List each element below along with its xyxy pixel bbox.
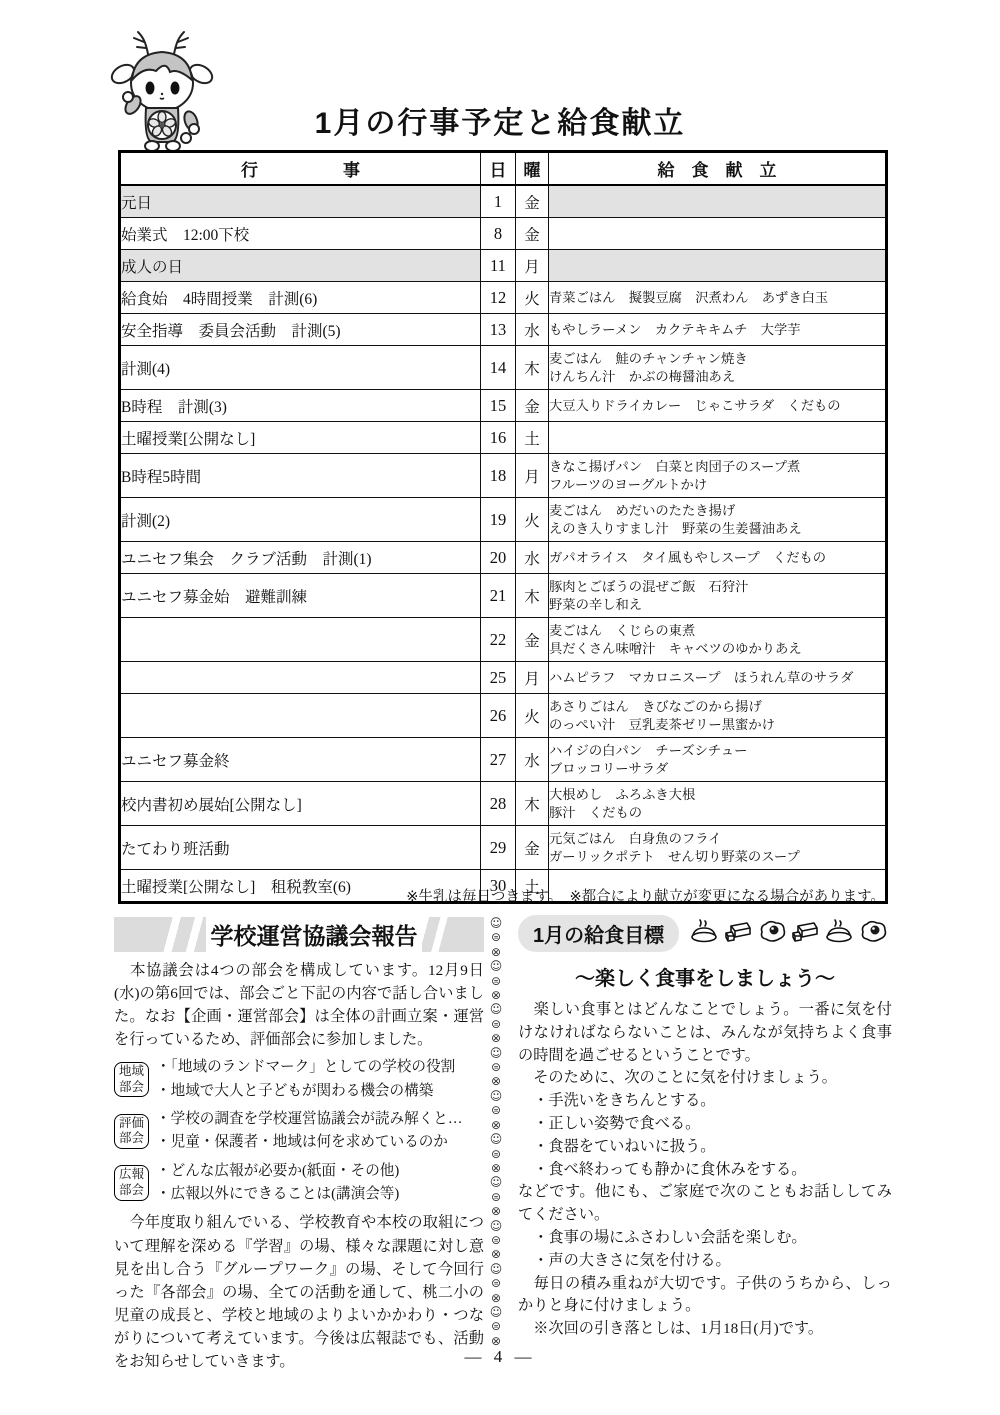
menu-line: 具だくさん味噌汁 キャベツのゆかりあえ [549,640,885,657]
list-item: ・「地域のランドマーク」としての学校の役割 [156,1056,484,1079]
cell-menu: あさりごはん きびなごのから揚げのっぺい汁 豆乳麦茶ゼリー黒蜜かけ [549,694,887,738]
emoticon-divider: ☺ ⊜ ⊗ ☺ ⊜ ⊗ ☺ ⊜ ⊗ ☺ ⊜ ⊗ ☺ ⊜ ⊗ ☺ ⊜ ⊗ ☺ ⊜ … [487,916,505,1348]
menu-line: 麦ごはん 鮭のチャンチャン焼き [549,350,885,367]
cell-weekday: 金 [516,218,549,250]
cell-day: 16 [481,422,516,454]
cell-menu: もやしラーメン カクテキキムチ 大学芋 [549,314,887,346]
cell-event: ユニセフ集会 クラブ活動 計測(1) [120,542,481,574]
goal-text-line: 毎日の積み重ねが大切です。子供のうちから、しっかりと身に付けましょう。 [518,1273,892,1319]
cell-menu: 豚肉とごぼうの混ぜご飯 石狩汁野菜の辛し和え [549,574,887,618]
group-label-line: 部会 [119,1131,144,1147]
goal-text-line: ・声の大きさに気を付ける。 [518,1250,892,1273]
butter-icon [790,918,820,950]
cell-weekday: 火 [516,498,549,542]
menu-line: きなこ揚げパン 白菜と肉団子のスープ煮 [549,458,885,475]
council-group-label: 地域部会 [114,1062,149,1097]
food-icons-row [685,918,892,950]
menu-line: 青菜ごはん 擬製豆腐 沢煮わん あずき白玉 [549,289,885,306]
cell-weekday: 月 [516,454,549,498]
cell-day: 13 [481,314,516,346]
table-row: 25月ハムピラフ マカロニスープ ほうれん草のサラダ [120,662,887,694]
cell-weekday: 火 [516,694,549,738]
cell-day: 1 [481,185,516,218]
table-row: 22金麦ごはん くじらの東煮具だくさん味噌汁 キャベツのゆかりあえ [120,618,887,662]
table-row: 給食始 4時間授業 計測(6)12火青菜ごはん 擬製豆腐 沢煮わん あずき白玉 [120,282,887,314]
council-group-items: ・学校の調査を学校運営協議会が読み解くと…・児童・保護者・地域は何を求めているの… [156,1108,484,1155]
list-item: ・広報以外にできることは(講演会等) [156,1183,484,1206]
group-label-line: 部会 [119,1183,144,1199]
cell-menu: 大豆入りドライカレー じゃこサラダ くだもの [549,390,887,422]
table-row: 計測(2)19火麦ごはん めだいのたたき揚げえのき入りすまし汁 野菜の生姜醤油あ… [120,498,887,542]
cell-weekday: 月 [516,250,549,282]
goal-text-line: 楽しい食事とはどんなことでしょう。一番に気を付けなければならないことは、みんなが… [518,999,892,1067]
cell-day: 28 [481,782,516,826]
council-group-label: 広報部会 [114,1165,149,1200]
cell-weekday: 金 [516,826,549,870]
newsletter-page: 1月の行事予定と給食献立 行 事 日 曜 給 食 献 立 元日1金始業式 12:… [0,0,1000,1415]
goal-text-line: そのために、次のことに気を付けましょう。 [518,1067,892,1090]
cell-weekday: 金 [516,390,549,422]
cell-weekday: 金 [516,618,549,662]
cell-event: 元日 [120,185,481,218]
goal-text-line: ・食べ終わっても静かに食休みをする。 [518,1159,892,1182]
cell-event: ユニセフ募金終 [120,738,481,782]
cell-event: 給食始 4時間授業 計測(6) [120,282,481,314]
table-row: たてわり班活動29金元気ごはん 白身魚のフライガーリックポテト せん切り野菜のス… [120,826,887,870]
menu-line: 麦ごはん くじらの東煮 [549,622,885,639]
cell-event: B時程5時間 [120,454,481,498]
menu-line: 大豆入りドライカレー じゃこサラダ くだもの [549,397,885,414]
goal-text-line: ※次回の引き落としは、1月18日(月)です。 [518,1318,892,1341]
menu-line: 豚汁 くだもの [549,804,885,821]
page-title: 1月の行事予定と給食献立 [0,98,1000,142]
lunch-goal-badge: 1月の給食目標 [518,915,679,952]
cell-menu [549,185,887,218]
menu-line: ブロッコリーサラダ [549,760,885,777]
lunch-goal-heading-row: 1月の給食目標 [518,915,892,952]
cell-menu [549,422,887,454]
cell-weekday: 木 [516,346,549,390]
list-item: ・地域で大人と子どもが関わる機会の構築 [156,1080,484,1103]
table-row: ユニセフ募金終27水ハイジの白パン チーズシチューブロッコリーサラダ [120,738,887,782]
cell-weekday: 金 [516,185,549,218]
butter-icon [723,918,753,950]
cell-event: B時程 計測(3) [120,390,481,422]
table-row: ユニセフ募金始 避難訓練21木豚肉とごぼうの混ぜご飯 石狩汁野菜の辛し和え [120,574,887,618]
menu-line: 大根めし ふろふき大根 [549,786,885,803]
cell-day: 18 [481,454,516,498]
menu-line: もやしラーメン カクテキキムチ 大学芋 [549,321,885,338]
table-row: 成人の日11月 [120,250,887,282]
fried-egg-icon [757,918,787,950]
table-row: 土曜授業[公開なし]16土 [120,422,887,454]
cell-menu: 青菜ごはん 擬製豆腐 沢煮わん あずき白玉 [549,282,887,314]
table-row: B時程 計測(3)15金大豆入りドライカレー じゃこサラダ くだもの [120,390,887,422]
council-group-items: ・「地域のランドマーク」としての学校の役割・地域で大人と子どもが関わる機会の構築 [156,1056,484,1103]
header-weekday: 曜 [516,152,549,186]
table-row: 26火あさりごはん きびなごのから揚げのっぺい汁 豆乳麦茶ゼリー黒蜜かけ [120,694,887,738]
schedule-table: 行 事 日 曜 給 食 献 立 元日1金始業式 12:00下校8金成人の日11月… [118,150,888,904]
cell-menu: 元気ごはん 白身魚のフライガーリックポテト せん切り野菜のスープ [549,826,887,870]
steaming-dish-icon [689,918,719,950]
group-label-line: 評価 [119,1116,144,1132]
cell-weekday: 木 [516,574,549,618]
council-group-items: ・どんな広報が必要か(紙面・その他)・広報以外にできることは(講演会等) [156,1160,484,1207]
cell-event: 計測(2) [120,498,481,542]
cell-event: 校内書初め展始[公開なし] [120,782,481,826]
menu-line: のっぺい汁 豆乳麦茶ゼリー黒蜜かけ [549,716,885,733]
menu-line: 麦ごはん めだいのたたき揚げ [549,502,885,519]
stripe-decoration-right [422,917,484,952]
council-group-row: 地域部会・「地域のランドマーク」としての学校の役割・地域で大人と子どもが関わる機… [114,1056,484,1103]
cell-weekday: 火 [516,282,549,314]
council-paragraph-1: 本協議会は4つの部会を構成しています。12月9日(水)の第6回では、部会ごと下記… [114,959,484,1051]
council-group-label: 評価部会 [114,1114,149,1149]
council-groups: 地域部会・「地域のランドマーク」としての学校の役割・地域で大人と子どもが関わる機… [114,1056,484,1206]
cell-menu: ハムピラフ マカロニスープ ほうれん草のサラダ [549,662,887,694]
cell-menu: 麦ごはん くじらの東煮具だくさん味噌汁 キャベツのゆかりあえ [549,618,887,662]
cell-event: 安全指導 委員会活動 計測(5) [120,314,481,346]
cell-weekday: 月 [516,662,549,694]
cell-menu: ハイジの白パン チーズシチューブロッコリーサラダ [549,738,887,782]
council-group-row: 評価部会・学校の調査を学校運営協議会が読み解くと…・児童・保護者・地域は何を求め… [114,1108,484,1155]
cell-event: 始業式 12:00下校 [120,218,481,250]
menu-line: ガパオライス タイ風もやしスープ くだもの [549,549,885,566]
goal-text-line: ・食器をていねいに扱う。 [518,1136,892,1159]
steaming-dish-icon [824,918,854,950]
milk-note: ※牛乳は毎日つきます。 ※都合により献立が変更になる場合があります。 [118,885,885,906]
menu-line: ハムピラフ マカロニスープ ほうれん草のサラダ [549,669,885,686]
table-row: 元日1金 [120,185,887,218]
menu-line: 元気ごはん 白身魚のフライ [549,830,885,847]
table-row: 計測(4)14木麦ごはん 鮭のチャンチャン焼きけんちん汁 かぶの梅醤油あえ [120,346,887,390]
cell-day: 12 [481,282,516,314]
council-report-heading: 学校運営協議会報告 [114,917,484,952]
list-item: ・児童・保護者・地域は何を求めているのか [156,1131,484,1154]
cell-weekday: 土 [516,422,549,454]
list-item: ・どんな広報が必要か(紙面・その他) [156,1160,484,1183]
cell-event: 成人の日 [120,250,481,282]
menu-line: 野菜の辛し和え [549,596,885,613]
header-day: 日 [481,152,516,186]
table-header-row: 行 事 日 曜 給 食 献 立 [120,152,887,186]
page-number: — 4 — [0,1347,1000,1367]
menu-line: ハイジの白パン チーズシチュー [549,742,885,759]
group-label-line: 地域 [119,1064,144,1080]
cell-day: 14 [481,346,516,390]
stripe-decoration-left [114,917,206,952]
cell-day: 19 [481,498,516,542]
cell-day: 20 [481,542,516,574]
cell-day: 11 [481,250,516,282]
cell-weekday: 水 [516,738,549,782]
cell-day: 15 [481,390,516,422]
menu-line: 豚肉とごぼうの混ぜご飯 石狩汁 [549,578,885,595]
cell-day: 27 [481,738,516,782]
cell-menu: きなこ揚げパン 白菜と肉団子のスープ煮フルーツのヨーグルトかけ [549,454,887,498]
cell-day: 21 [481,574,516,618]
cell-event: たてわり班活動 [120,826,481,870]
cell-menu: ガパオライス タイ風もやしスープ くだもの [549,542,887,574]
group-label-line: 広報 [119,1167,144,1183]
council-report-title: 学校運営協議会報告 [206,918,422,951]
cell-event [120,662,481,694]
header-event: 行 事 [120,152,481,186]
goal-text-line: などです。他にも、ご家庭で次のこともお話ししてみてください。 [518,1181,892,1227]
menu-line: けんちん汁 かぶの梅醤油あえ [549,368,885,385]
cell-event: 土曜授業[公開なし] [120,422,481,454]
cell-day: 22 [481,618,516,662]
group-label-line: 部会 [119,1080,144,1096]
goal-text-line: ・食事の場にふさわしい会話を楽しむ。 [518,1227,892,1250]
list-item: ・学校の調査を学校運営協議会が読み解くと… [156,1108,484,1131]
council-group-row: 広報部会・どんな広報が必要か(紙面・その他)・広報以外にできることは(講演会等) [114,1160,484,1207]
cell-event: 計測(4) [120,346,481,390]
lunch-goal-body: 楽しい食事とはどんなことでしょう。一番に気を付けなければならないことは、みんなが… [518,999,892,1341]
table-row: ユニセフ集会 クラブ活動 計測(1)20水ガパオライス タイ風もやしスープ くだ… [120,542,887,574]
schedule-table-wrap: 行 事 日 曜 給 食 献 立 元日1金始業式 12:00下校8金成人の日11月… [118,150,885,904]
cell-menu: 麦ごはん 鮭のチャンチャン焼きけんちん汁 かぶの梅醤油あえ [549,346,887,390]
schedule-table-body: 元日1金始業式 12:00下校8金成人の日11月給食始 4時間授業 計測(6)1… [120,185,887,903]
cell-day: 29 [481,826,516,870]
cell-menu: 大根めし ふろふき大根豚汁 くだもの [549,782,887,826]
goal-text-line: ・正しい姿勢で食べる。 [518,1113,892,1136]
cell-weekday: 木 [516,782,549,826]
lunch-goal-section: 1月の給食目標 ～楽しく食事をしましょう～ 楽しい食事とはどんなことでしょう。一… [518,915,892,1341]
goal-text-line: ・手洗いをきちんとする。 [518,1090,892,1113]
cell-weekday: 水 [516,542,549,574]
table-row: 安全指導 委員会活動 計測(5)13水もやしラーメン カクテキキムチ 大学芋 [120,314,887,346]
table-row: 始業式 12:00下校8金 [120,218,887,250]
fried-egg-icon [858,918,888,950]
cell-menu [549,250,887,282]
cell-day: 26 [481,694,516,738]
header-menu: 給 食 献 立 [549,152,887,186]
menu-line: あさりごはん きびなごのから揚げ [549,698,885,715]
council-report-section: 学校運営協議会報告 本協議会は4つの部会を構成しています。12月9日(水)の第6… [114,917,484,1373]
cell-menu [549,218,887,250]
cell-day: 8 [481,218,516,250]
menu-line: ガーリックポテト せん切り野菜のスープ [549,848,885,865]
cell-menu: 麦ごはん めだいのたたき揚げえのき入りすまし汁 野菜の生姜醤油あえ [549,498,887,542]
cell-event: ユニセフ募金始 避難訓練 [120,574,481,618]
menu-line: えのき入りすまし汁 野菜の生姜醤油あえ [549,520,885,537]
table-row: B時程5時間18月きなこ揚げパン 白菜と肉団子のスープ煮フルーツのヨーグルトかけ [120,454,887,498]
cell-event [120,694,481,738]
cell-weekday: 水 [516,314,549,346]
lunch-goal-subtitle: ～楽しく食事をしましょう～ [518,962,892,991]
table-row: 校内書初め展始[公開なし]28木大根めし ふろふき大根豚汁 くだもの [120,782,887,826]
cell-day: 25 [481,662,516,694]
cell-event [120,618,481,662]
menu-line: フルーツのヨーグルトかけ [549,476,885,493]
